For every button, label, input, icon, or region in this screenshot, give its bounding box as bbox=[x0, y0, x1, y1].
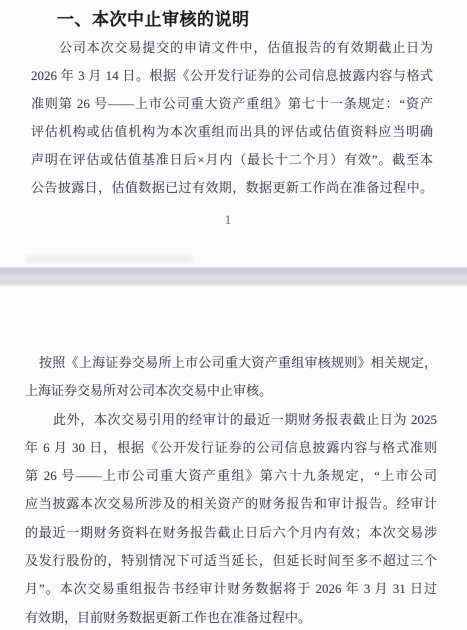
document-line: 声明在评估或估值基准日后×月内（最长十二个月）有效”。截至本 bbox=[31, 146, 433, 174]
document-page: 一、本次中止审核的说明 公司本次交易提交的申请文件中，估值报告的有效期截止日为 … bbox=[0, 0, 467, 630]
section-heading: 一、本次中止审核的说明 bbox=[57, 9, 433, 31]
document-line: 月”。本次交易重组报告书经审计财务数据将于 2026 年 3 月 31 日过 bbox=[25, 575, 437, 603]
document-line: 此外，本次交易引用的经审计的最近一期财务报表截止日为 2025 bbox=[25, 406, 437, 434]
document-line: 有效期，目前财务数据更新工作也在准备过程中。 bbox=[25, 604, 437, 630]
scan-artifact bbox=[25, 256, 193, 263]
document-line: 公告披露日，估值数据已过有效期，数据更新工作尚在准备过程中。 bbox=[31, 174, 433, 202]
document-line: 准则第 26 号——上市公司重大资产重组》第七十一条规定：“资产 bbox=[31, 90, 433, 118]
scanned-page-2: 按照《上海证券交易所上市公司重大资产重组审核规则》相关规定， 上海证券交易所对公… bbox=[25, 346, 437, 630]
document-line: 及发行股份的，特别情况下可适当延长，但延长时间至多不超过三个 bbox=[25, 547, 437, 575]
page-2-paragraphs: 按照《上海证券交易所上市公司重大资产重组审核规则》相关规定， 上海证券交易所对公… bbox=[25, 349, 437, 630]
page-number: 1 bbox=[0, 212, 456, 228]
document-line: 第 26 号——上市公司重大资产重组》第六十九条规定，“上市公司 bbox=[25, 462, 437, 490]
document-line: 公司本次交易提交的申请文件中，估值报告的有效期截止日为 bbox=[31, 34, 433, 62]
document-line: 年 6 月 30 日，根据《公开发行证券的公司信息披露内容与格式准则 bbox=[25, 434, 437, 462]
document-line: 按照《上海证券交易所上市公司重大资产重组审核规则》相关规定， bbox=[25, 349, 437, 377]
document-line: 应当披露本次交易所涉及的相关资产的财务报告和审计报告。经审计 bbox=[25, 490, 437, 518]
scanned-page-1: 一、本次中止审核的说明 公司本次交易提交的申请文件中，估值报告的有效期截止日为 … bbox=[31, 9, 433, 202]
page-break-divider bbox=[0, 267, 467, 287]
document-line: 评估机构或估值机构为本次重组而出具的评估或估值资料应当明确 bbox=[31, 118, 433, 146]
document-line: 2026 年 3 月 14 日。根据《公开发行证券的公司信息披露内容与格式 bbox=[31, 62, 433, 90]
document-line: 的最近一期财务资料在财务报告截止日后六个月内有效；本次交易涉 bbox=[25, 519, 437, 547]
page-1-paragraphs: 公司本次交易提交的申请文件中，估值报告的有效期截止日为 2026 年 3 月 1… bbox=[31, 34, 433, 202]
document-line: 上海证券交易所对公司本次交易中止审核。 bbox=[25, 377, 437, 405]
